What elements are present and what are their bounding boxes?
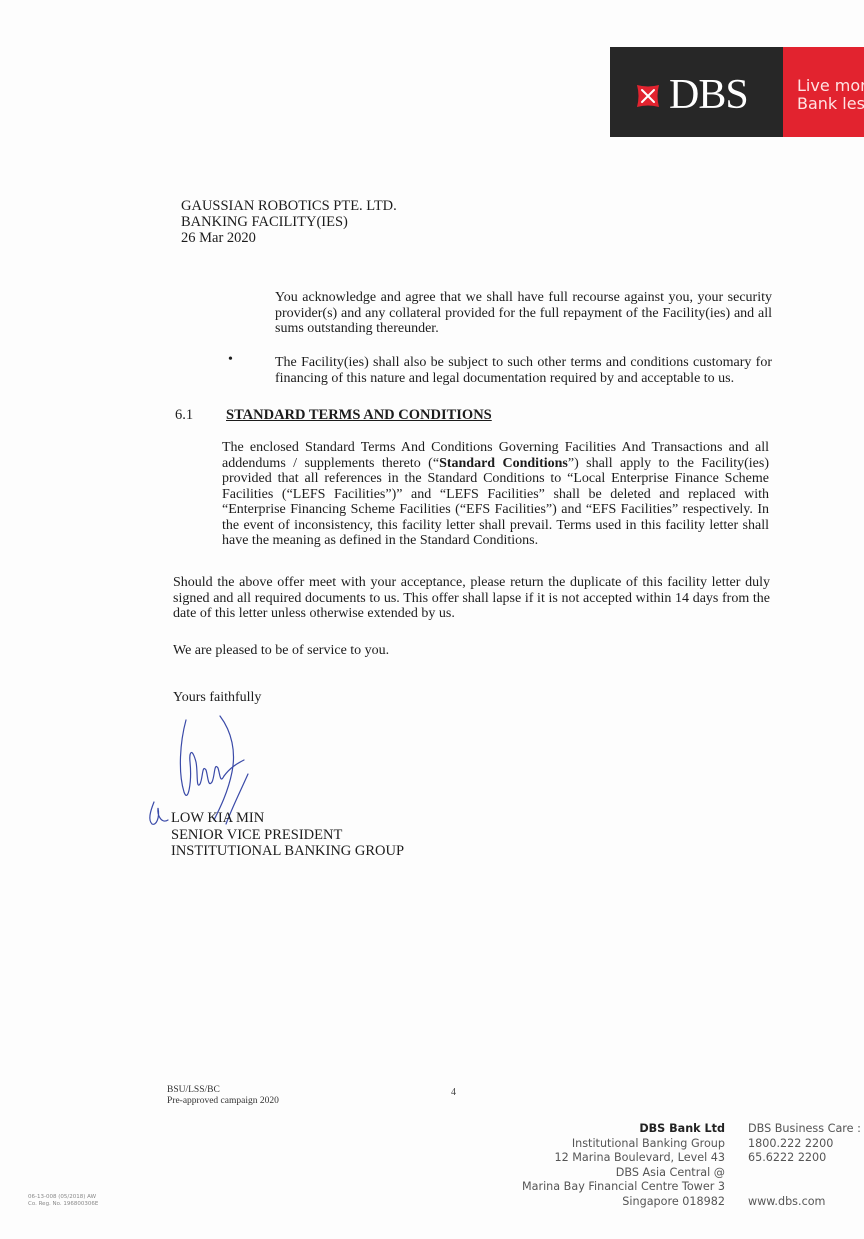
banner-logo-panel: DBS xyxy=(610,47,783,137)
signatory-name: LOW KIA MIN xyxy=(171,810,404,827)
business-care-label: DBS Business Care : xyxy=(748,1122,861,1137)
footer-bank-name: DBS Bank Ltd xyxy=(500,1122,725,1137)
dbs-star-logo-icon xyxy=(634,82,662,110)
signatory-group: INSTITUTIONAL BANKING GROUP xyxy=(171,843,404,860)
tagline: Live more, Bank less xyxy=(797,77,864,113)
acceptance-paragraph: Should the above offer meet with your ac… xyxy=(173,575,770,622)
footer-address-line: Singapore 018982 xyxy=(500,1195,725,1210)
letter-subject: BANKING FACILITY(IES) xyxy=(181,214,397,230)
bullet-icon: • xyxy=(228,352,233,368)
section-title: STANDARD TERMS AND CONDITIONS xyxy=(226,407,492,424)
form-code: 06-13-008 (05/2018) AW xyxy=(28,1194,98,1201)
other-terms-paragraph: The Facility(ies) shall also be subject … xyxy=(275,355,772,386)
recipient-block: GAUSSIAN ROBOTICS PTE. LTD. BANKING FACI… xyxy=(181,198,397,246)
form-registration-info: 06-13-008 (05/2018) AW Co. Reg. No. 1968… xyxy=(28,1194,98,1207)
page-number: 4 xyxy=(451,1087,456,1098)
banner-tagline-panel: Live more, Bank less xyxy=(783,47,864,137)
reference-block: BSU/LSS/BC Pre-approved campaign 2020 xyxy=(167,1085,279,1107)
salutation: Yours faithfully xyxy=(173,690,261,706)
footer-spacer xyxy=(748,1166,861,1195)
footer-address-line: DBS Asia Central @ xyxy=(500,1166,725,1181)
dbs-header-banner: DBS Live more, Bank less xyxy=(610,47,864,137)
phone-local: 1800.222 2200 xyxy=(748,1137,861,1152)
signatory-block: LOW KIA MIN SENIOR VICE PRESIDENT INSTIT… xyxy=(171,810,404,860)
footer-address-line: Marina Bay Financial Centre Tower 3 xyxy=(500,1180,725,1195)
phone-international: 65.6222 2200 xyxy=(748,1151,861,1166)
recourse-paragraph: You acknowledge and agree that we shall … xyxy=(275,290,772,337)
footer-address-line: Institutional Banking Group xyxy=(500,1137,725,1152)
footer-address: DBS Bank Ltd Institutional Banking Group… xyxy=(500,1122,725,1210)
company-reg-no: Co. Reg. No. 196800306E xyxy=(28,1201,98,1208)
footer-address-line: 12 Marina Boulevard, Level 43 xyxy=(500,1151,725,1166)
section-number: 6.1 xyxy=(175,407,193,424)
dbs-wordmark: DBS xyxy=(669,74,748,116)
campaign-label: Pre-approved campaign 2020 xyxy=(167,1096,279,1107)
footer-contact: DBS Business Care : 1800.222 2200 65.622… xyxy=(748,1122,861,1209)
recipient-company: GAUSSIAN ROBOTICS PTE. LTD. xyxy=(181,198,397,214)
letter-date: 26 Mar 2020 xyxy=(181,230,397,246)
standard-conditions-paragraph: The enclosed Standard Terms And Conditio… xyxy=(222,440,769,549)
service-line: We are pleased to be of service to you. xyxy=(173,643,389,659)
signatory-title: SENIOR VICE PRESIDENT xyxy=(171,827,404,844)
standard-conditions-term: Standard Conditions xyxy=(439,456,568,471)
website-link[interactable]: www.dbs.com xyxy=(748,1195,861,1210)
reference-code: BSU/LSS/BC xyxy=(167,1085,279,1096)
